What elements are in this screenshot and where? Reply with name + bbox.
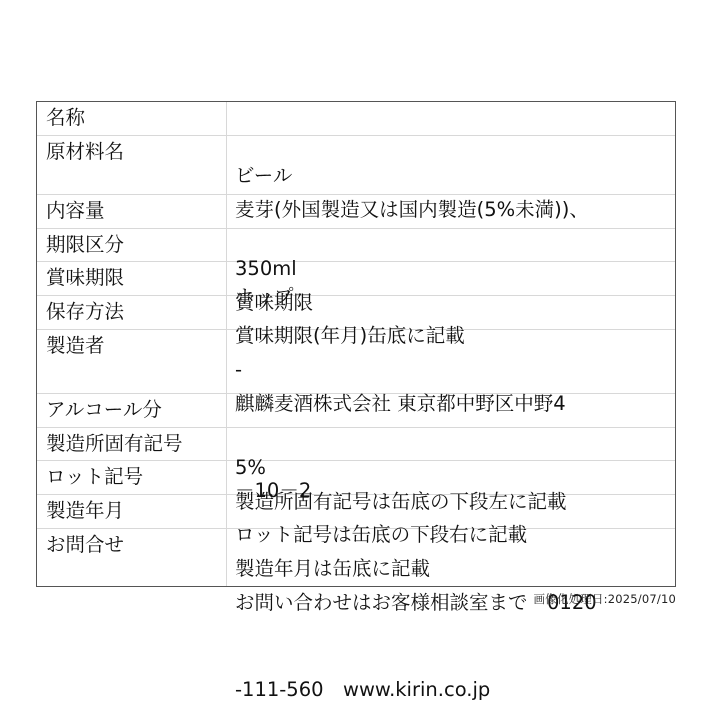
row-key: 保存方法	[37, 296, 227, 329]
table-row-name: 名称 ビール	[37, 102, 675, 135]
row-value: 350ml	[227, 195, 675, 228]
table-row-contact: お問合せ お問い合わせはお客様相談室まで 0120 -111-560 www.k…	[37, 528, 675, 586]
table-row-ingredients: 原材料名 麦芽(外国製造又は国内製造(5%未満))、 ホップ	[37, 135, 675, 194]
row-key: 原材料名	[37, 136, 227, 194]
table-row-storage: 保存方法 -	[37, 295, 675, 329]
row-key: 製造所固有記号	[37, 428, 227, 460]
row-key: 期限区分	[37, 229, 227, 261]
row-key: 賞味期限	[37, 262, 227, 295]
row-key: 名称	[37, 102, 227, 135]
row-value: 麒麟麦酒株式会社 東京都中野区中野4 －10－2	[227, 330, 675, 393]
row-key: 内容量	[37, 195, 227, 228]
table-row-manufacturer: 製造者 麒麟麦酒株式会社 東京都中野区中野4 －10－2	[37, 329, 675, 393]
table-row-plant-code: 製造所固有記号 製造所固有記号は缶底の下段左に記載	[37, 427, 675, 460]
row-value: ロット記号は缶底の下段右に記載	[227, 461, 675, 494]
row-key: 製造年月	[37, 495, 227, 528]
row-value: -	[227, 296, 675, 329]
table-row-alcohol: アルコール分 5%	[37, 393, 675, 427]
row-key: ロット記号	[37, 461, 227, 494]
table-row-best-before: 賞味期限 賞味期限(年月)缶底に記載	[37, 261, 675, 295]
table-row-lot-code: ロット記号 ロット記号は缶底の下段右に記載	[37, 460, 675, 494]
row-value: お問い合わせはお客様相談室まで 0120 -111-560 www.kirin.…	[227, 529, 675, 586]
imaging-date-footnote: 画像化処理日:2025/07/10	[533, 591, 676, 607]
table-row-volume: 内容量 350ml	[37, 194, 675, 228]
row-key: お問合せ	[37, 529, 227, 586]
row-value: 製造所固有記号は缶底の下段左に記載	[227, 428, 675, 460]
table-row-manufacture-date: 製造年月 製造年月は缶底に記載	[37, 494, 675, 528]
row-value: ビール	[227, 102, 675, 135]
row-key: 製造者	[37, 330, 227, 393]
row-key: アルコール分	[37, 394, 227, 427]
row-value: 5%	[227, 394, 675, 427]
table-row-expiry-type: 期限区分 賞味期限	[37, 228, 675, 261]
row-value: 賞味期限(年月)缶底に記載	[227, 262, 675, 295]
row-value: 麦芽(外国製造又は国内製造(5%未満))、 ホップ	[227, 136, 675, 194]
row-value: 製造年月は缶底に記載	[227, 495, 675, 528]
row-value: 賞味期限	[227, 229, 675, 261]
product-label-table: 名称 ビール 原材料名 麦芽(外国製造又は国内製造(5%未満))、 ホップ 内容…	[36, 101, 676, 587]
value-line: -111-560 www.kirin.co.jp	[235, 675, 675, 704]
